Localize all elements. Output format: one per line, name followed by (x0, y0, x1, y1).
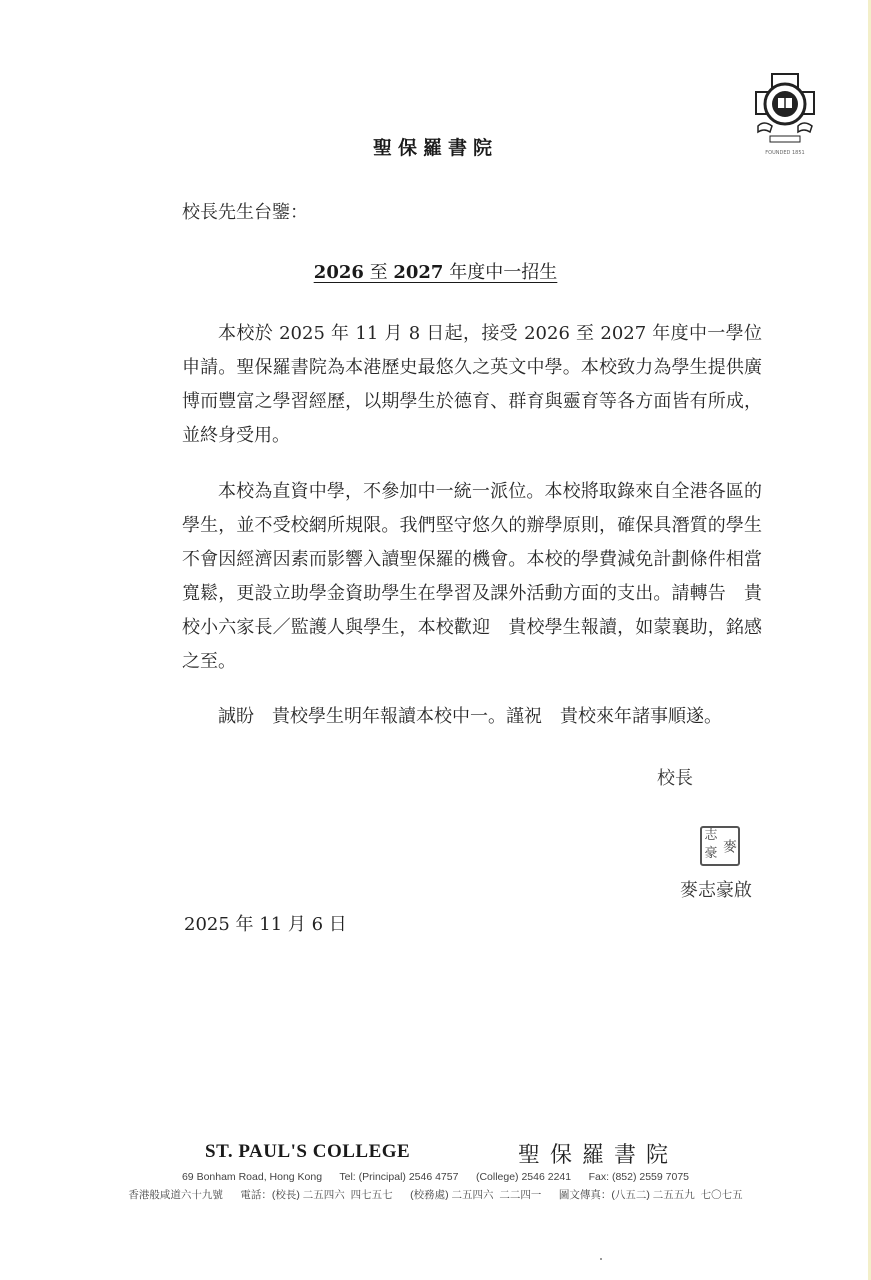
signatory-name: 麥志豪啟 (680, 876, 752, 902)
paragraph-closing: 誠盼 貴校學生明年報讀本校中一。謹祝 貴校來年諸事順遂。 (182, 700, 762, 734)
letter-title: 2026 至 2027 年度中一招生 (0, 258, 871, 284)
seal-char: 志 (702, 828, 720, 846)
paragraph-admission: 本校為直資中學，不參加中一統一派位。本校將取錄來自全港各區的學生，並不受校網所規… (182, 475, 762, 679)
title-mid: 至 (364, 262, 393, 283)
seal-char: 豪 (702, 846, 720, 864)
seal-char: 麥 (720, 828, 738, 864)
footer-contact-en: 69 Bonham Road, Hong Kong Tel: (Principa… (0, 1171, 871, 1183)
scan-speck (600, 1258, 602, 1260)
title-year-to: 2027 (393, 262, 443, 283)
footer-school-name-zh: 聖保羅書院 (518, 1138, 678, 1169)
school-name-heading: 聖保羅書院 (0, 133, 871, 160)
salutation: 校長先生台鑒： (182, 198, 308, 224)
letter-date: 2025 年 11 月 6 日 (184, 910, 347, 936)
footer-contact-zh: 香港般咸道六十九號 電話：(校長) 二五四六 四七五七 (校務處) 二五四六 二… (0, 1187, 871, 1202)
title-rest: 年度中一招生 (443, 262, 557, 283)
footer-school-name-en: ST. PAUL'S COLLEGE (205, 1141, 410, 1163)
paragraph-intro: 本校於 2025 年 11 月 8 日起，接受 2026 至 2027 年度中一… (182, 317, 762, 453)
signature-seal-icon: 志 豪 麥 (700, 826, 740, 866)
title-year-from: 2026 (314, 262, 364, 283)
signatory-title: 校長 (657, 764, 693, 790)
